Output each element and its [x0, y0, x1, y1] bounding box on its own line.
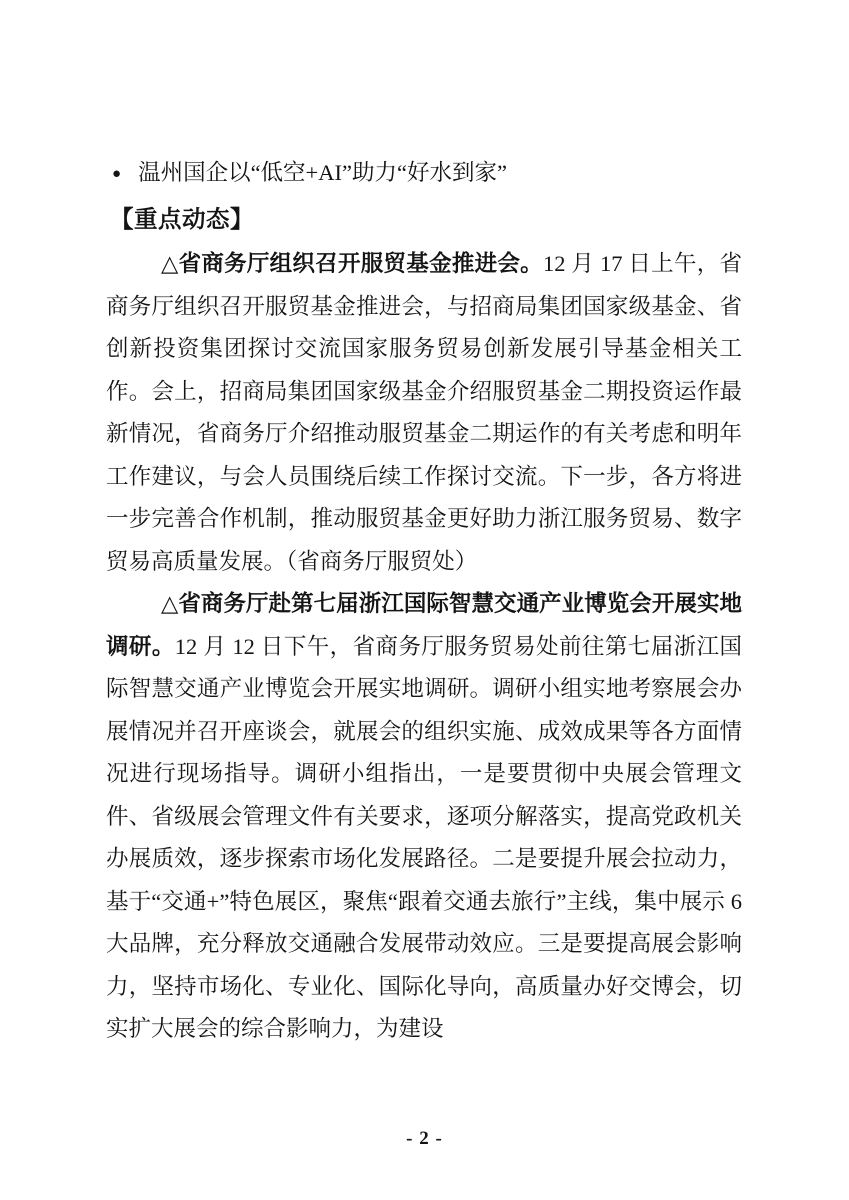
paragraph-body: 12 月 17 日上午，省商务厅组织召开服贸基金推进会，与招商局集团国家级基金、…: [106, 251, 742, 574]
paragraph: △省商务厅赴第七届浙江国际智慧交通产业博览会开展实地调研。12 月 12 日下午…: [106, 583, 742, 1051]
paragraph-lead: △省商务厅组织召开服贸基金推进会。: [161, 251, 543, 276]
paragraph: △省商务厅组织召开服贸基金推进会。12 月 17 日上午，省商务厅组织召开服贸基…: [106, 243, 742, 583]
page-number: - 2 -: [0, 1128, 849, 1150]
bullet-icon: ●: [112, 158, 121, 190]
bullet-item-text: 温州国企以“低空+AI”助力“好水到家”: [138, 160, 507, 185]
section-heading: 【重点动态】: [110, 201, 254, 237]
paragraph-body: 12 月 12 日下午，省商务厅服务贸易处前往第七届浙江国际智慧交通产业博览会开…: [106, 634, 742, 1042]
document-page: ●温州国企以“低空+AI”助力“好水到家” 【重点动态】 △省商务厅组织召开服贸…: [0, 0, 849, 1200]
document-body: △省商务厅组织召开服贸基金推进会。12 月 17 日上午，省商务厅组织召开服贸基…: [106, 243, 742, 1051]
bullet-list-item: ●温州国企以“低空+AI”助力“好水到家”: [112, 157, 772, 190]
